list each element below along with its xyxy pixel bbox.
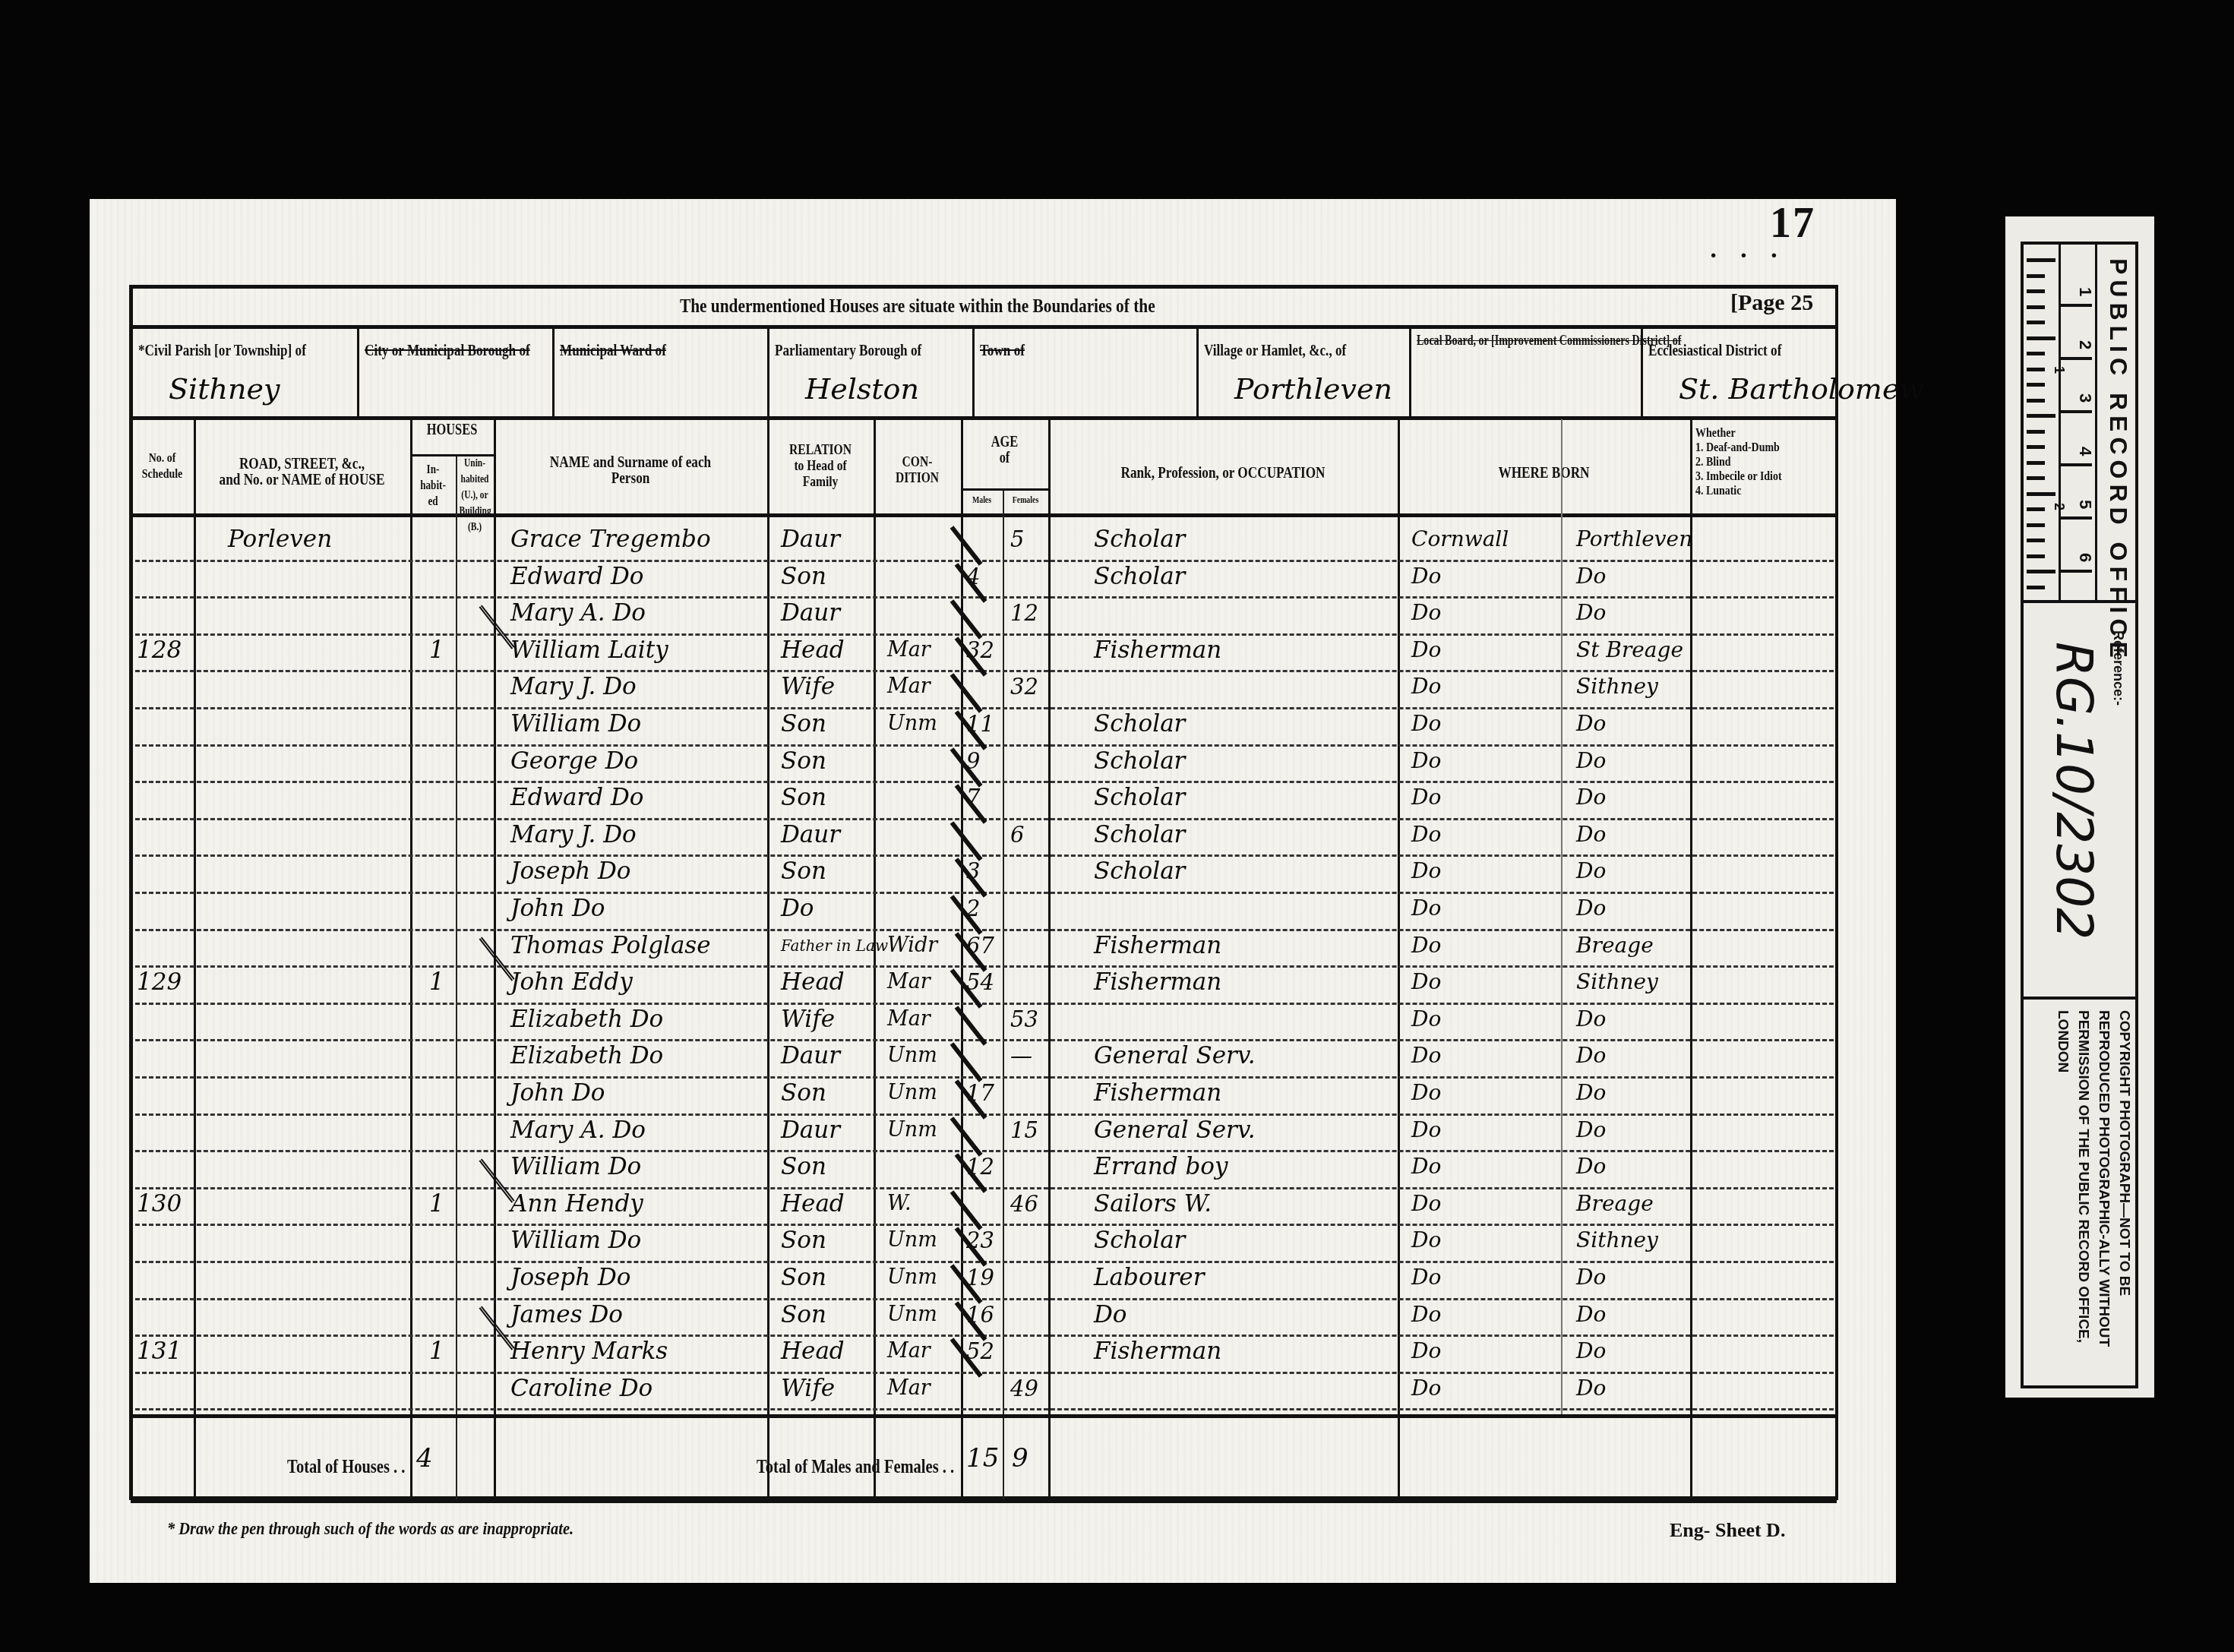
birth-place: Do (1576, 595, 1606, 631)
column-divider (767, 419, 769, 1499)
birth-place: Do (1576, 1075, 1606, 1111)
birth-place: St Breage (1576, 632, 1683, 668)
person-name: Edward Do (510, 779, 644, 816)
male-age: 11 (966, 706, 994, 742)
birth-place: Do (1576, 1112, 1606, 1148)
scale-number: 5 (2075, 500, 2095, 509)
sheet-title: The undermentioned Houses are situate wi… (680, 295, 1155, 317)
occupation: Errand boy (1094, 1148, 1228, 1185)
relation-to-head: Son (781, 853, 826, 889)
ruler-tick (2027, 321, 2045, 324)
place-value: Sithney (169, 372, 280, 406)
person-name: James Do (510, 1297, 623, 1333)
scale-divider (2060, 570, 2092, 573)
divider (2095, 245, 2097, 600)
ruler-tick (2027, 414, 2055, 418)
column-header-inhabited: In- habit- ed (414, 462, 451, 510)
marital-condition: Unm (887, 1075, 937, 1111)
column-header-where_born: WHERE BORN (1424, 465, 1664, 481)
person-name: Caroline Do (510, 1370, 653, 1407)
scale-divider (2060, 304, 2092, 307)
inhabited-count: 1 (429, 1333, 444, 1369)
birth-county: Do (1411, 1297, 1441, 1333)
birth-place: Do (1576, 817, 1606, 853)
column-header-condition: CON- DITION (881, 454, 953, 486)
inhabited-count: 1 (429, 1186, 444, 1222)
male-age: 12 (966, 1148, 994, 1185)
column-header-males: Males (965, 492, 999, 508)
person-name: John Do (510, 890, 605, 927)
folio-number: 17 (1770, 199, 1815, 248)
footnote: * Draw the pen through such of the words… (167, 1519, 574, 1540)
female-age: 15 (1010, 1112, 1038, 1148)
schedule-number: 131 (137, 1333, 182, 1369)
ruler-tick (2027, 476, 2045, 480)
ruler-tick (2027, 383, 2045, 387)
marital-condition: Unm (887, 1222, 937, 1259)
marital-condition: Unm (887, 706, 937, 742)
person-name: Joseph Do (510, 1259, 631, 1296)
male-age: 23 (966, 1222, 994, 1259)
ruler-tick (2027, 430, 2045, 434)
birth-county: Do (1411, 1075, 1441, 1111)
female-age: 46 (1010, 1186, 1038, 1222)
ruler-tick (2027, 445, 2045, 449)
occupation: Labourer (1094, 1259, 1205, 1296)
total-persons-label: Total of Males and Females . . (757, 1457, 954, 1478)
person-name: John Eddy (510, 964, 633, 1000)
marital-condition: Mar (887, 1370, 931, 1407)
person-name: Joseph Do (510, 853, 631, 889)
divider (410, 454, 494, 456)
person-name: Elizabeth Do (510, 1001, 663, 1038)
marital-condition: Mar (887, 668, 931, 705)
female-age: — (1010, 1038, 1032, 1074)
relation-to-head: Son (781, 1222, 826, 1259)
birth-place: Do (1576, 706, 1606, 742)
ruler-tick (2027, 399, 2045, 403)
column-header-uninhabited: Unin- habited (U.), or Building (B.) (460, 456, 491, 535)
birth-county: Do (1411, 1259, 1441, 1296)
birth-county: Do (1411, 1222, 1441, 1259)
occupation: General Serv. (1094, 1038, 1256, 1074)
marital-condition: Mar (887, 1333, 931, 1369)
column-divider (1398, 419, 1400, 1499)
male-age: 67 (966, 927, 994, 964)
ruler-tick (2027, 554, 2045, 558)
column-divider (194, 419, 196, 1499)
marital-condition: Mar (887, 1001, 931, 1038)
relation-to-head: Son (781, 706, 826, 742)
marital-condition: Mar (887, 632, 931, 668)
birth-place: Breage (1576, 1186, 1654, 1222)
scale-divider (2060, 463, 2092, 466)
birth-place: Do (1576, 1333, 1606, 1369)
relation-to-head: Wife (781, 668, 835, 705)
person-name: Ann Hendy (510, 1186, 643, 1222)
marital-condition: Mar (887, 964, 931, 1000)
person-name: Elizabeth Do (510, 1038, 663, 1074)
relation-to-head: Head (781, 964, 845, 1000)
ruler-tick (2027, 258, 2055, 262)
person-name: George Do (510, 743, 638, 779)
ruler-tick (2027, 507, 2045, 511)
relation-to-head: Father in Law (781, 927, 888, 964)
schedule-number: 130 (137, 1186, 182, 1222)
person-name: William Do (510, 706, 641, 742)
birth-county: Do (1411, 743, 1441, 779)
divider (2059, 245, 2061, 600)
divider (2024, 997, 2136, 1000)
person-name: Mary J. Do (510, 817, 637, 853)
column-header-houses: HOUSES (418, 422, 486, 438)
divider (1641, 327, 1643, 416)
birth-county: Do (1411, 1370, 1441, 1407)
relation-to-head: Son (781, 743, 826, 779)
ruler-tick (2027, 461, 2045, 465)
inhabited-count: 1 (429, 964, 444, 1000)
ruler-tick (2027, 274, 2045, 278)
person-name: William Do (510, 1222, 641, 1259)
female-age: 32 (1010, 668, 1038, 705)
scale-divider (2060, 357, 2092, 360)
place-label: Municipal Ward of (560, 340, 666, 360)
column-header-occupation: Rank, Profession, or OCCUPATION (1079, 465, 1366, 481)
relation-to-head: Son (781, 1259, 826, 1296)
birth-county: Do (1411, 595, 1441, 631)
divider (1196, 327, 1199, 416)
relation-to-head: Do (781, 890, 814, 927)
birth-county: Do (1411, 964, 1441, 1000)
marital-condition: Unm (887, 1259, 937, 1296)
ruler-tick (2027, 586, 2045, 589)
place-label: Town of (980, 340, 1025, 360)
birth-county: Do (1411, 558, 1441, 595)
divider (357, 327, 359, 416)
scale-number: 4 (2075, 447, 2095, 456)
birth-county: Do (1411, 1148, 1441, 1185)
divider (131, 1499, 1837, 1503)
ruler-tick (2027, 539, 2045, 542)
scale-number: 1 (2075, 287, 2095, 296)
column-divider (1048, 419, 1051, 1499)
male-age: 16 (966, 1297, 994, 1333)
person-name: Thomas Polglase (510, 927, 711, 964)
column-header-age: AGE of (968, 434, 1040, 466)
place-label: Ecclesiastical District of (1648, 340, 1781, 360)
occupation: Scholar (1094, 521, 1185, 558)
person-name: Mary A. Do (510, 595, 646, 631)
birth-place: Sithney (1576, 964, 1658, 1000)
birth-place: Do (1576, 1038, 1606, 1074)
divider (2024, 600, 2136, 603)
reference-number: RG.10/2302 (2045, 642, 2103, 940)
total-females-value: 9 (1012, 1443, 1029, 1474)
place-value: St. Bartholomew (1679, 372, 1924, 406)
ruler-tick (2027, 570, 2055, 573)
person-name: Edward Do (510, 558, 644, 595)
column-divider (1003, 490, 1004, 1499)
relation-to-head: Daur (781, 1038, 840, 1074)
column-divider (410, 419, 412, 1499)
occupation: Fisherman (1094, 1075, 1221, 1111)
divider (131, 1414, 1837, 1418)
birth-county: Do (1411, 668, 1441, 705)
male-age: 17 (966, 1075, 994, 1111)
ruler-tick (2027, 289, 2045, 293)
birth-county: Do (1411, 927, 1441, 964)
road-name: Porleven (228, 521, 332, 558)
marital-condition: Unm (887, 1112, 937, 1148)
marital-condition: Widr (887, 927, 937, 964)
marital-condition: W. (887, 1186, 912, 1222)
birth-place: Do (1576, 1370, 1606, 1407)
birth-place: Do (1576, 558, 1606, 595)
scale-divider (2060, 516, 2092, 520)
schedule-number: 128 (137, 632, 182, 668)
birth-place: Sithney (1576, 1222, 1658, 1259)
birth-place: Do (1576, 1148, 1606, 1185)
birth-county: Do (1411, 817, 1441, 853)
male-age: 32 (966, 632, 994, 668)
birth-place: Sithney (1576, 668, 1658, 705)
occupation: Scholar (1094, 706, 1185, 742)
divider (552, 327, 555, 416)
occupation: Do (1094, 1297, 1127, 1333)
relation-to-head: Head (781, 1333, 845, 1369)
column-divider (1561, 419, 1563, 1414)
sheet-id: Eng- Sheet D. (1670, 1519, 1785, 1542)
person-name: John Do (510, 1075, 605, 1111)
occupation: Fisherman (1094, 927, 1221, 964)
relation-to-head: Daur (781, 1112, 840, 1148)
ruler-tick (2027, 352, 2045, 355)
birth-county: Do (1411, 853, 1441, 889)
birth-place: Do (1576, 890, 1606, 927)
birth-place: Do (1576, 1001, 1606, 1038)
place-label: Parliamentary Borough of (775, 340, 921, 360)
relation-to-head: Wife (781, 1370, 835, 1407)
relation-to-head: Son (781, 558, 826, 595)
reference-label: Reference:- (2110, 630, 2126, 706)
birth-county: Do (1411, 779, 1441, 816)
relation-to-head: Son (781, 1075, 826, 1111)
occupation: Scholar (1094, 853, 1185, 889)
person-name: Grace Tregembo (510, 521, 711, 558)
ruler-tick (2027, 492, 2055, 496)
female-age: 5 (1010, 521, 1024, 558)
relation-to-head: Son (781, 779, 826, 816)
relation-to-head: Daur (781, 817, 840, 853)
birth-place: Porthleven (1576, 521, 1692, 558)
column-header-name: NAME and Surname of each Person (518, 454, 742, 486)
place-label: *Civil Parish [or Township] of (138, 340, 306, 360)
schedule-number: 129 (137, 964, 182, 1000)
birth-county: Do (1411, 632, 1441, 668)
column-header-road: ROAD, STREET, &c., and No. or NAME of HO… (213, 456, 391, 488)
occupation: General Serv. (1094, 1112, 1256, 1148)
marital-condition: Unm (887, 1038, 937, 1074)
occupation: Scholar (1094, 817, 1185, 853)
birth-place: Do (1576, 853, 1606, 889)
birth-county: Do (1411, 1186, 1441, 1222)
birth-county: Do (1411, 706, 1441, 742)
birth-place: Breage (1576, 927, 1654, 964)
occupation: Fisherman (1094, 964, 1221, 1000)
relation-to-head: Wife (781, 1001, 835, 1038)
person-name: William Laity (510, 632, 668, 668)
occupation: Fisherman (1094, 632, 1221, 668)
ruler-tick (2027, 336, 2055, 340)
female-age: 12 (1010, 595, 1038, 631)
copyright-notice: COPYRIGHT PHOTOGRAPH—NOT TO BE REPRODUCE… (2036, 1010, 2134, 1382)
occupation: Scholar (1094, 779, 1185, 816)
relation-to-head: Daur (781, 521, 840, 558)
occupation: Sailors W. (1094, 1186, 1212, 1222)
divider (131, 416, 1837, 420)
place-label: City or Municipal Borough of (365, 340, 530, 360)
ruler-tick (2027, 368, 2045, 371)
column-header-relation: RELATION to Head of Family (777, 442, 864, 490)
total-males-value: 15 (966, 1443, 999, 1474)
place-value: Helston (805, 372, 919, 406)
relation-to-head: Son (781, 1297, 826, 1333)
birth-county: Do (1411, 1112, 1441, 1148)
female-age: 6 (1010, 817, 1024, 853)
birth-county: Cornwall (1411, 521, 1509, 558)
page-number: [Page 25 (1730, 290, 1813, 316)
scale-divider (2060, 410, 2092, 413)
divider (972, 327, 975, 416)
relation-to-head: Son (781, 1148, 826, 1185)
scale-number: 6 (2075, 553, 2095, 562)
birth-place: Do (1576, 779, 1606, 816)
place-value: Porthleven (1234, 372, 1392, 406)
birth-place: Do (1576, 743, 1606, 779)
female-age: 49 (1010, 1370, 1038, 1407)
column-divider (961, 419, 963, 1499)
place-label: Village or Hamlet, &c., of (1204, 340, 1346, 360)
ruler-tick (2027, 523, 2045, 527)
scale-number: 2 (2075, 340, 2095, 349)
column-header-females: Females (1006, 492, 1044, 508)
birth-place: Do (1576, 1297, 1606, 1333)
ruler-tick (2027, 305, 2045, 309)
divider (131, 325, 1837, 329)
birth-county: Do (1411, 1333, 1441, 1369)
birth-place: Do (1576, 1259, 1606, 1296)
inhabited-count: 1 (429, 632, 444, 668)
occupation: Fisherman (1094, 1333, 1221, 1369)
column-divider (456, 456, 457, 1499)
birth-county: Do (1411, 1038, 1441, 1074)
occupation: Scholar (1094, 743, 1185, 779)
person-name: William Do (510, 1148, 641, 1185)
marital-condition: Unm (887, 1297, 937, 1333)
scale-number: 3 (2075, 393, 2095, 403)
column-header-schedule: No. of Schedule (136, 450, 188, 482)
relation-to-head: Head (781, 632, 845, 668)
divider (767, 327, 769, 416)
divider (961, 488, 1048, 491)
row-rule (135, 1408, 1834, 1410)
person-name: Mary A. Do (510, 1112, 646, 1148)
female-age: 53 (1010, 1001, 1038, 1038)
occupation: Scholar (1094, 1222, 1185, 1259)
column-divider (1690, 419, 1692, 1499)
relation-to-head: Head (781, 1186, 845, 1222)
total-houses-value: 4 (416, 1443, 433, 1474)
divider (1409, 327, 1411, 416)
column-header-infirmity: Whether 1. Deaf-and-Dumb 2. Blind 3. Imb… (1695, 425, 1820, 497)
occupation: Scholar (1094, 558, 1185, 595)
total-houses-label: Total of Houses . . (287, 1457, 405, 1478)
birth-county: Do (1411, 890, 1441, 927)
person-name: Mary J. Do (510, 668, 637, 705)
person-name: Henry Marks (510, 1333, 668, 1369)
birth-county: Do (1411, 1001, 1441, 1038)
divider (131, 513, 1837, 517)
relation-to-head: Daur (781, 595, 840, 631)
